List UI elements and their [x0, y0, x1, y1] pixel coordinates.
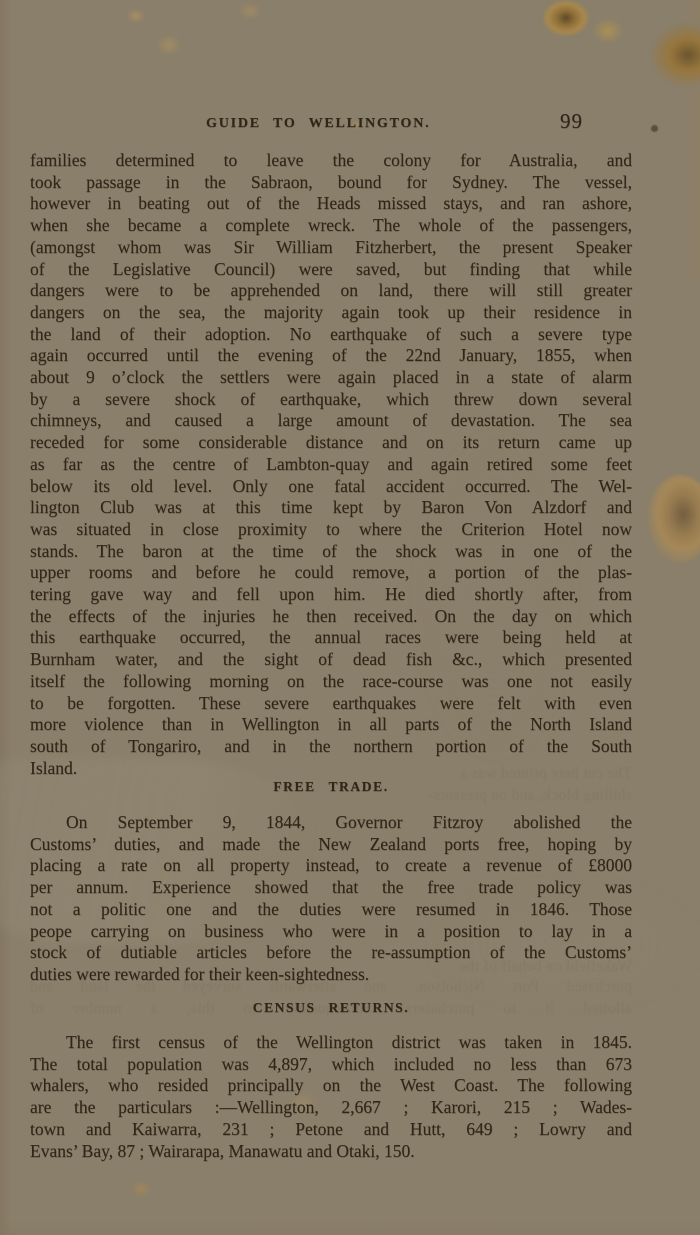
page-number: 99: [560, 109, 583, 134]
text-line: south of Tongariro, and in the northern …: [30, 736, 632, 758]
text-line: Island.: [30, 758, 632, 780]
text-line: not a politic one and the duties were re…: [30, 899, 632, 921]
text-line: to be forgotten. These severe earthquake…: [30, 693, 632, 715]
text-line: Burnham water, and the sight of dead fis…: [30, 649, 632, 671]
page-edge-shadow-left: [0, 0, 12, 1235]
text-line: (amongst whom was Sir William Fitzherber…: [30, 237, 632, 259]
text-line: families determined to leave the colony …: [30, 150, 632, 172]
book-page: The cut here printed was a shilling bloc…: [0, 0, 700, 1235]
text-line: lington Club was at this time kept by Ba…: [30, 497, 632, 519]
text-line: dangers on the sea, the majority again t…: [30, 302, 632, 324]
text-line: per annum. Experience showed that the fr…: [30, 877, 632, 899]
text-line: peope carrying on business who were in a…: [30, 921, 632, 943]
body-paragraph-census: The first census of the Wellington distr…: [30, 1032, 632, 1162]
section-heading-free-trade: FREE TRADE.: [30, 779, 632, 795]
text-line: stands. The baron at the time of the sho…: [30, 541, 632, 563]
text-line: dangers were to be apprehended on land, …: [30, 280, 632, 302]
text-line: are the particulars :—Wellington, 2,667 …: [30, 1097, 632, 1119]
text-line: chimneys, and caused a large amount of d…: [30, 410, 632, 432]
text-line: receded for some considerable distance a…: [30, 432, 632, 454]
text-line: the land of their adoption. No earthquak…: [30, 324, 632, 346]
text-line: again occurred until the evening of the …: [30, 345, 632, 367]
text-line: stock of dutiable articles before the re…: [30, 942, 632, 964]
text-line: On September 9, 1844, Governor Fitzroy a…: [30, 812, 632, 834]
stain: [126, 8, 146, 24]
stain: [238, 2, 262, 20]
text-line: below its old level. Only one fatal acci…: [30, 476, 632, 498]
stain: [156, 34, 182, 56]
page-edge-shadow-right: [686, 0, 700, 280]
text-line: this earthquake occurred, the annual rac…: [30, 627, 632, 649]
text-line: upper rooms and before he could remove, …: [30, 562, 632, 584]
running-header-title: GUIDE TO WELLINGTON.: [206, 116, 430, 132]
text-line: The first census of the Wellington distr…: [30, 1032, 632, 1054]
text-line: the effects of the injuries he then rece…: [30, 606, 632, 628]
text-line: of the Legislative Council) were saved, …: [30, 259, 632, 281]
stain: [543, 0, 589, 36]
text-line: however in beating out of the Heads miss…: [30, 193, 632, 215]
section-heading-census-returns: CENSUS RETURNS.: [30, 1000, 632, 1016]
text-line: by a severe shock of earthquake, which t…: [30, 389, 632, 411]
body-paragraph-free-trade: On September 9, 1844, Governor Fitzroy a…: [30, 812, 632, 986]
stain: [651, 125, 658, 132]
text-line: when she became a complete wreck. The wh…: [30, 215, 632, 237]
body-paragraph-earthquakes: families determined to leave the colony …: [30, 150, 632, 779]
stain: [652, 24, 700, 86]
stain: [592, 18, 624, 44]
text-line: Evans’ Bay, 87 ; Wairarapa, Manawatu and…: [30, 1141, 632, 1163]
text-line: tering gave way and fell upon him. He di…: [30, 584, 632, 606]
text-line: The total population was 4,897, which in…: [30, 1054, 632, 1076]
text-line: took passage in the Sabraon, bound for S…: [30, 172, 632, 194]
stain: [130, 1180, 152, 1198]
page-edge-shadow-bottom: [0, 1220, 700, 1235]
stain: [648, 475, 700, 563]
text-line: town and Kaiwarra, 231 ; Petone and Hutt…: [30, 1119, 632, 1141]
text-line: whalers, who resided principally on the …: [30, 1075, 632, 1097]
text-line: duties were rewarded for their keen-sigh…: [30, 964, 632, 986]
text-line: about 9 o’clock the settlers were again …: [30, 367, 632, 389]
text-line: Customs’ duties, and made the New Zealan…: [30, 834, 632, 856]
text-line: as far as the centre of Lambton-quay and…: [30, 454, 632, 476]
text-line: itself the following morning on the race…: [30, 671, 632, 693]
text-line: placing a rate on all property instead, …: [30, 855, 632, 877]
text-line: more violence than in Wellington in all …: [30, 714, 632, 736]
text-line: was situated in close proximity to where…: [30, 519, 632, 541]
